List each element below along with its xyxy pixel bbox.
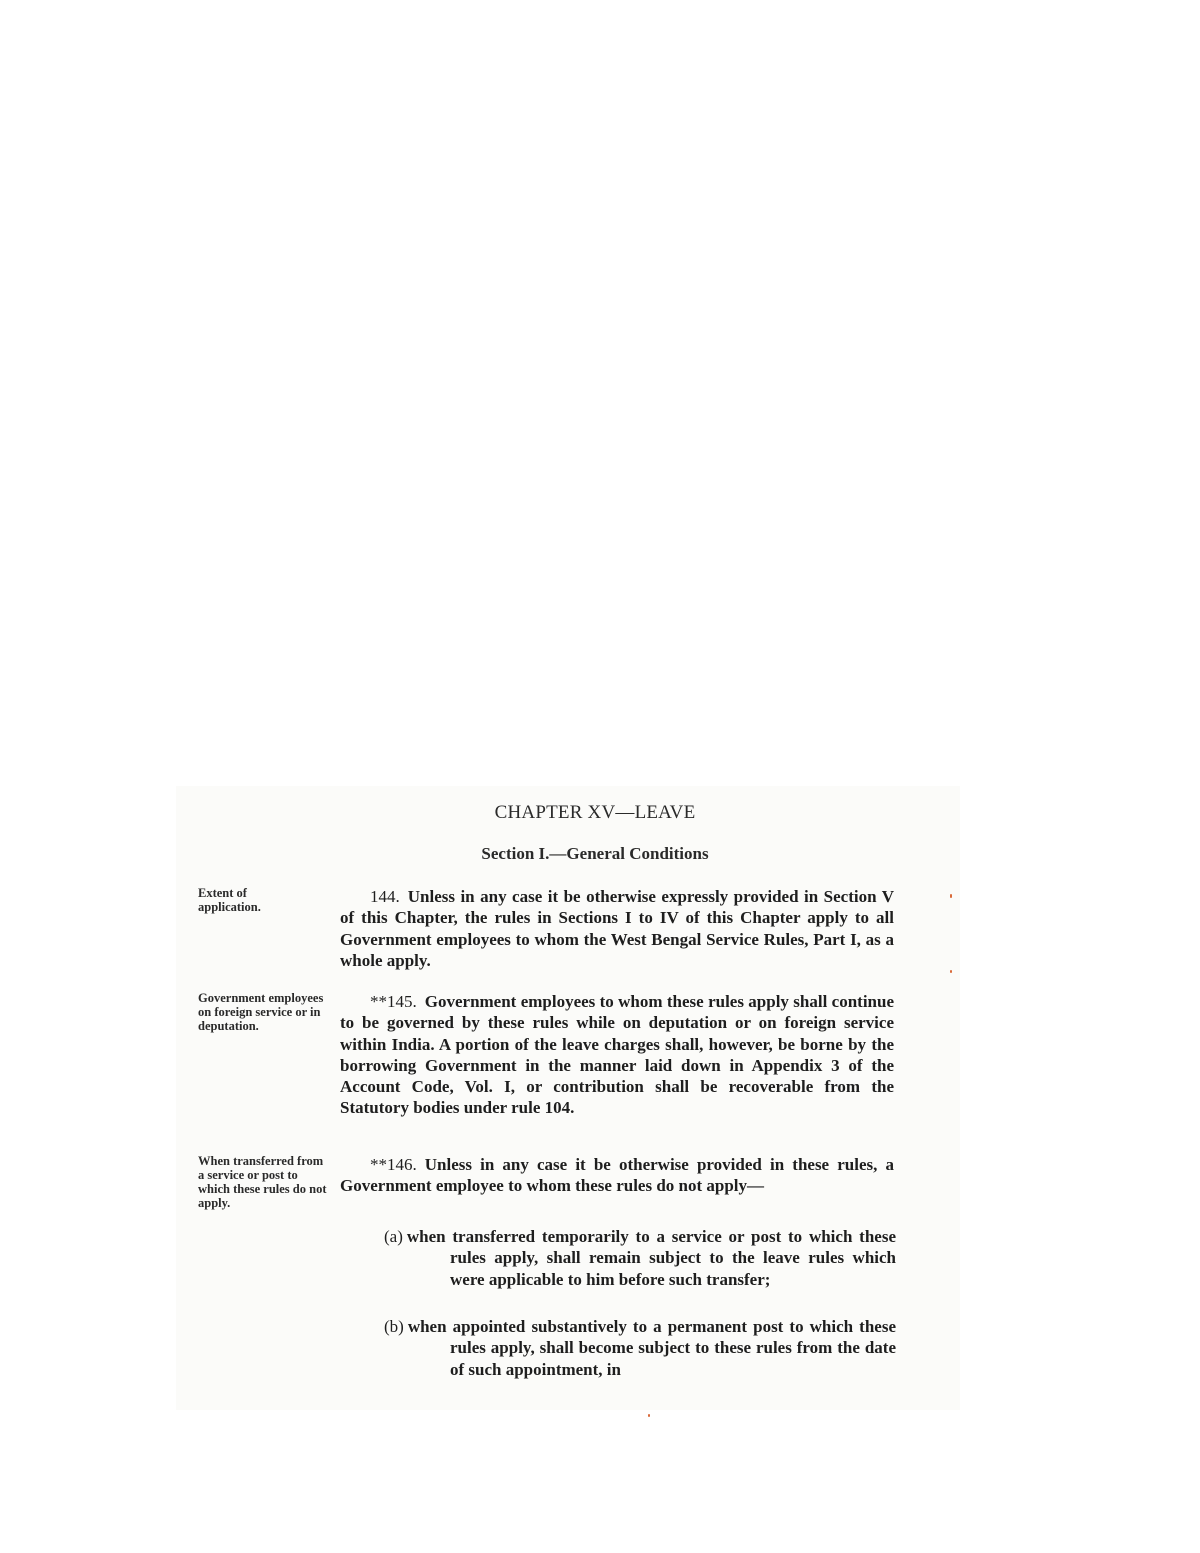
scan-speck [950, 894, 952, 898]
rule-body-146: **146.Unless in any case it be otherwise… [340, 1154, 894, 1197]
scan-speck [950, 970, 952, 973]
rule-number-146: **146. [340, 1155, 425, 1174]
margin-note-146: When transferred from a service or post … [198, 1154, 330, 1210]
margin-note-145: Government employees on foreign service … [198, 991, 328, 1033]
clause-a: (a)when transferred temporarily to a ser… [384, 1226, 896, 1290]
clause-text-a: when transferred temporarily to a servic… [407, 1227, 896, 1289]
scanned-page: CHAPTER XV—LEAVE Section I.—General Cond… [176, 786, 960, 1410]
scan-speck [648, 1414, 650, 1417]
chapter-title: CHAPTER XV—LEAVE [176, 802, 960, 824]
clause-label-b: (b) [384, 1317, 408, 1336]
clause-label-a: (a) [384, 1227, 407, 1246]
rule-body-145: **145.Government employees to whom these… [340, 991, 894, 1119]
rule-number-144: 144. [340, 887, 408, 906]
rule-body-144: 144.Unless in any case it be otherwise e… [340, 886, 894, 971]
clause-b: (b)when appointed substantively to a per… [384, 1316, 896, 1380]
section-title: Section I.—General Conditions [176, 844, 960, 864]
margin-note-144: Extent of application. [198, 886, 290, 914]
rule-text-144: Unless in any case it be otherwise expre… [340, 887, 894, 970]
rule-number-145: **145. [340, 992, 425, 1011]
clause-text-b: when appointed substantively to a perman… [408, 1317, 896, 1379]
